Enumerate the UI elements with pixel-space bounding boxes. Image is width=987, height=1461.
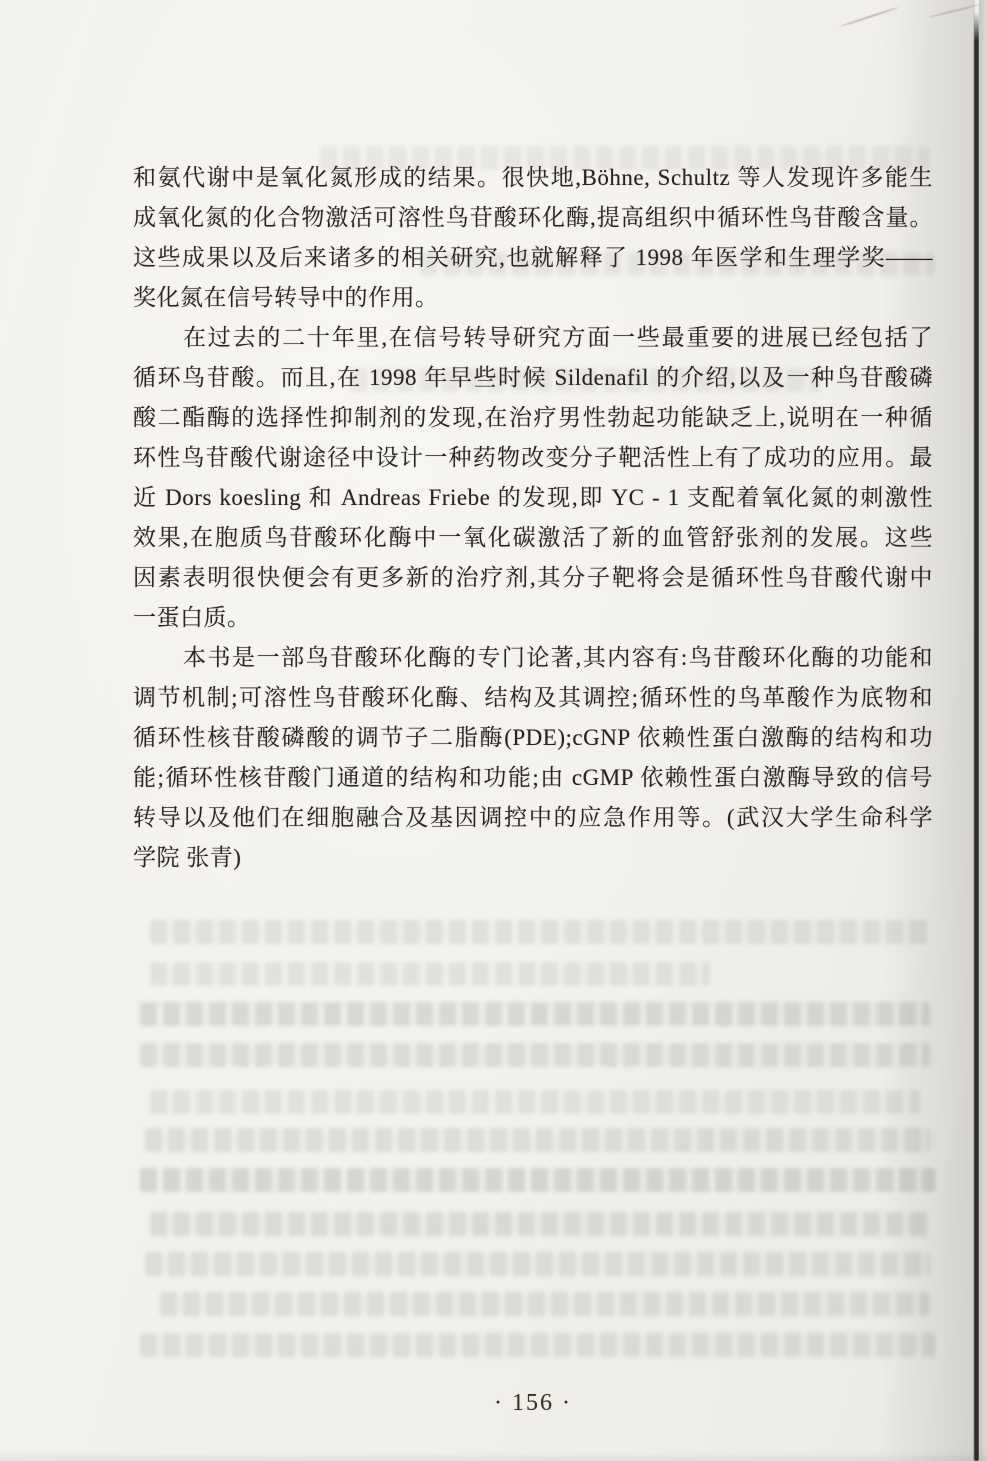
text-line: 这些成果以及后来诸多的相关研究,也就解释了 1998 年医学和生理学奖—— bbox=[133, 238, 933, 278]
text-line: 循环性核苷酸磷酸的调节子二脂酶(PDE);cGNP 依赖性蛋白激酶的结构和功 bbox=[133, 718, 933, 758]
page-number: · 156 · bbox=[494, 1390, 572, 1416]
bleedthrough-line bbox=[140, 1168, 935, 1192]
text-line: 能;循环性核苷酸门通道的结构和功能;由 cGMP 依赖性蛋白激酶导致的信号 bbox=[133, 758, 933, 798]
bottom-edge-shade bbox=[0, 1451, 987, 1461]
text-line: 成氧化氮的化合物激活可溶性鸟苷酸环化酶,提高组织中循环性鸟苷酸含量。 bbox=[133, 198, 933, 238]
text-line: 学院 张青) bbox=[133, 838, 933, 878]
text-line: 转导以及他们在细胞融合及基因调控中的应急作用等。(武汉大学生命科学 bbox=[133, 798, 933, 838]
text-line: 效果,在胞质鸟苷酸环化酶中一氧化碳激活了新的血管舒张剂的发展。这些 bbox=[133, 518, 933, 558]
bleedthrough-line bbox=[150, 1090, 920, 1114]
text-line: 本书是一部鸟苷酸环化酶的专门论著,其内容有:鸟苷酸环化酶的功能和 bbox=[133, 638, 933, 678]
bleedthrough-line bbox=[140, 1043, 930, 1067]
bleedthrough-line bbox=[150, 1212, 930, 1236]
page-footer: · 156 · bbox=[133, 1390, 933, 1417]
text-block: 和氨代谢中是氧化氮形成的结果。很快地,Böhne, Schultz 等人发现许多… bbox=[133, 158, 933, 878]
text-line: 环性鸟苷酸代谢途径中设计一种药物改变分子靶活性上有了成功的应用。最 bbox=[133, 438, 933, 478]
text-line: 调节机制;可溶性鸟苷酸环化酶、结构及其调控;循环性的鸟革酸作为底物和 bbox=[133, 678, 933, 718]
text-line: 和氨代谢中是氧化氮形成的结果。很快地,Böhne, Schultz 等人发现许多… bbox=[133, 158, 933, 198]
bleedthrough-line bbox=[140, 1002, 930, 1026]
text-line: 酸二酯酶的选择性抑制剂的发现,在治疗男性勃起功能缺乏上,说明在一种循 bbox=[133, 398, 933, 438]
text-line: 近 Dors koesling 和 Andreas Friebe 的发现,即 Y… bbox=[133, 478, 933, 518]
bleedthrough-line bbox=[140, 1333, 935, 1357]
text-line: 一蛋白质。 bbox=[133, 598, 933, 638]
scan-background-strip bbox=[979, 0, 987, 1461]
bleedthrough-line bbox=[145, 1252, 930, 1276]
page-edge-shadow bbox=[880, 0, 975, 1461]
text-line: 在过去的二十年里,在信号转导研究方面一些最重要的进展已经包括了 bbox=[133, 318, 933, 358]
bleedthrough-line bbox=[145, 1128, 930, 1152]
text-line: 因素表明很快便会有更多新的治疗剂,其分子靶将会是循环性鸟苷酸代谢中 bbox=[133, 558, 933, 598]
scanned-page: 和氨代谢中是氧化氮形成的结果。很快地,Böhne, Schultz 等人发现许多… bbox=[0, 0, 987, 1461]
bleedthrough-line bbox=[150, 920, 930, 944]
bleedthrough-line bbox=[160, 1292, 930, 1316]
text-line: 奖化氮在信号转导中的作用。 bbox=[133, 278, 933, 318]
text-line: 循环鸟苷酸。而且,在 1998 年早些时候 Sildenafil 的介绍,以及一… bbox=[133, 358, 933, 398]
bleedthrough-line bbox=[150, 962, 710, 986]
